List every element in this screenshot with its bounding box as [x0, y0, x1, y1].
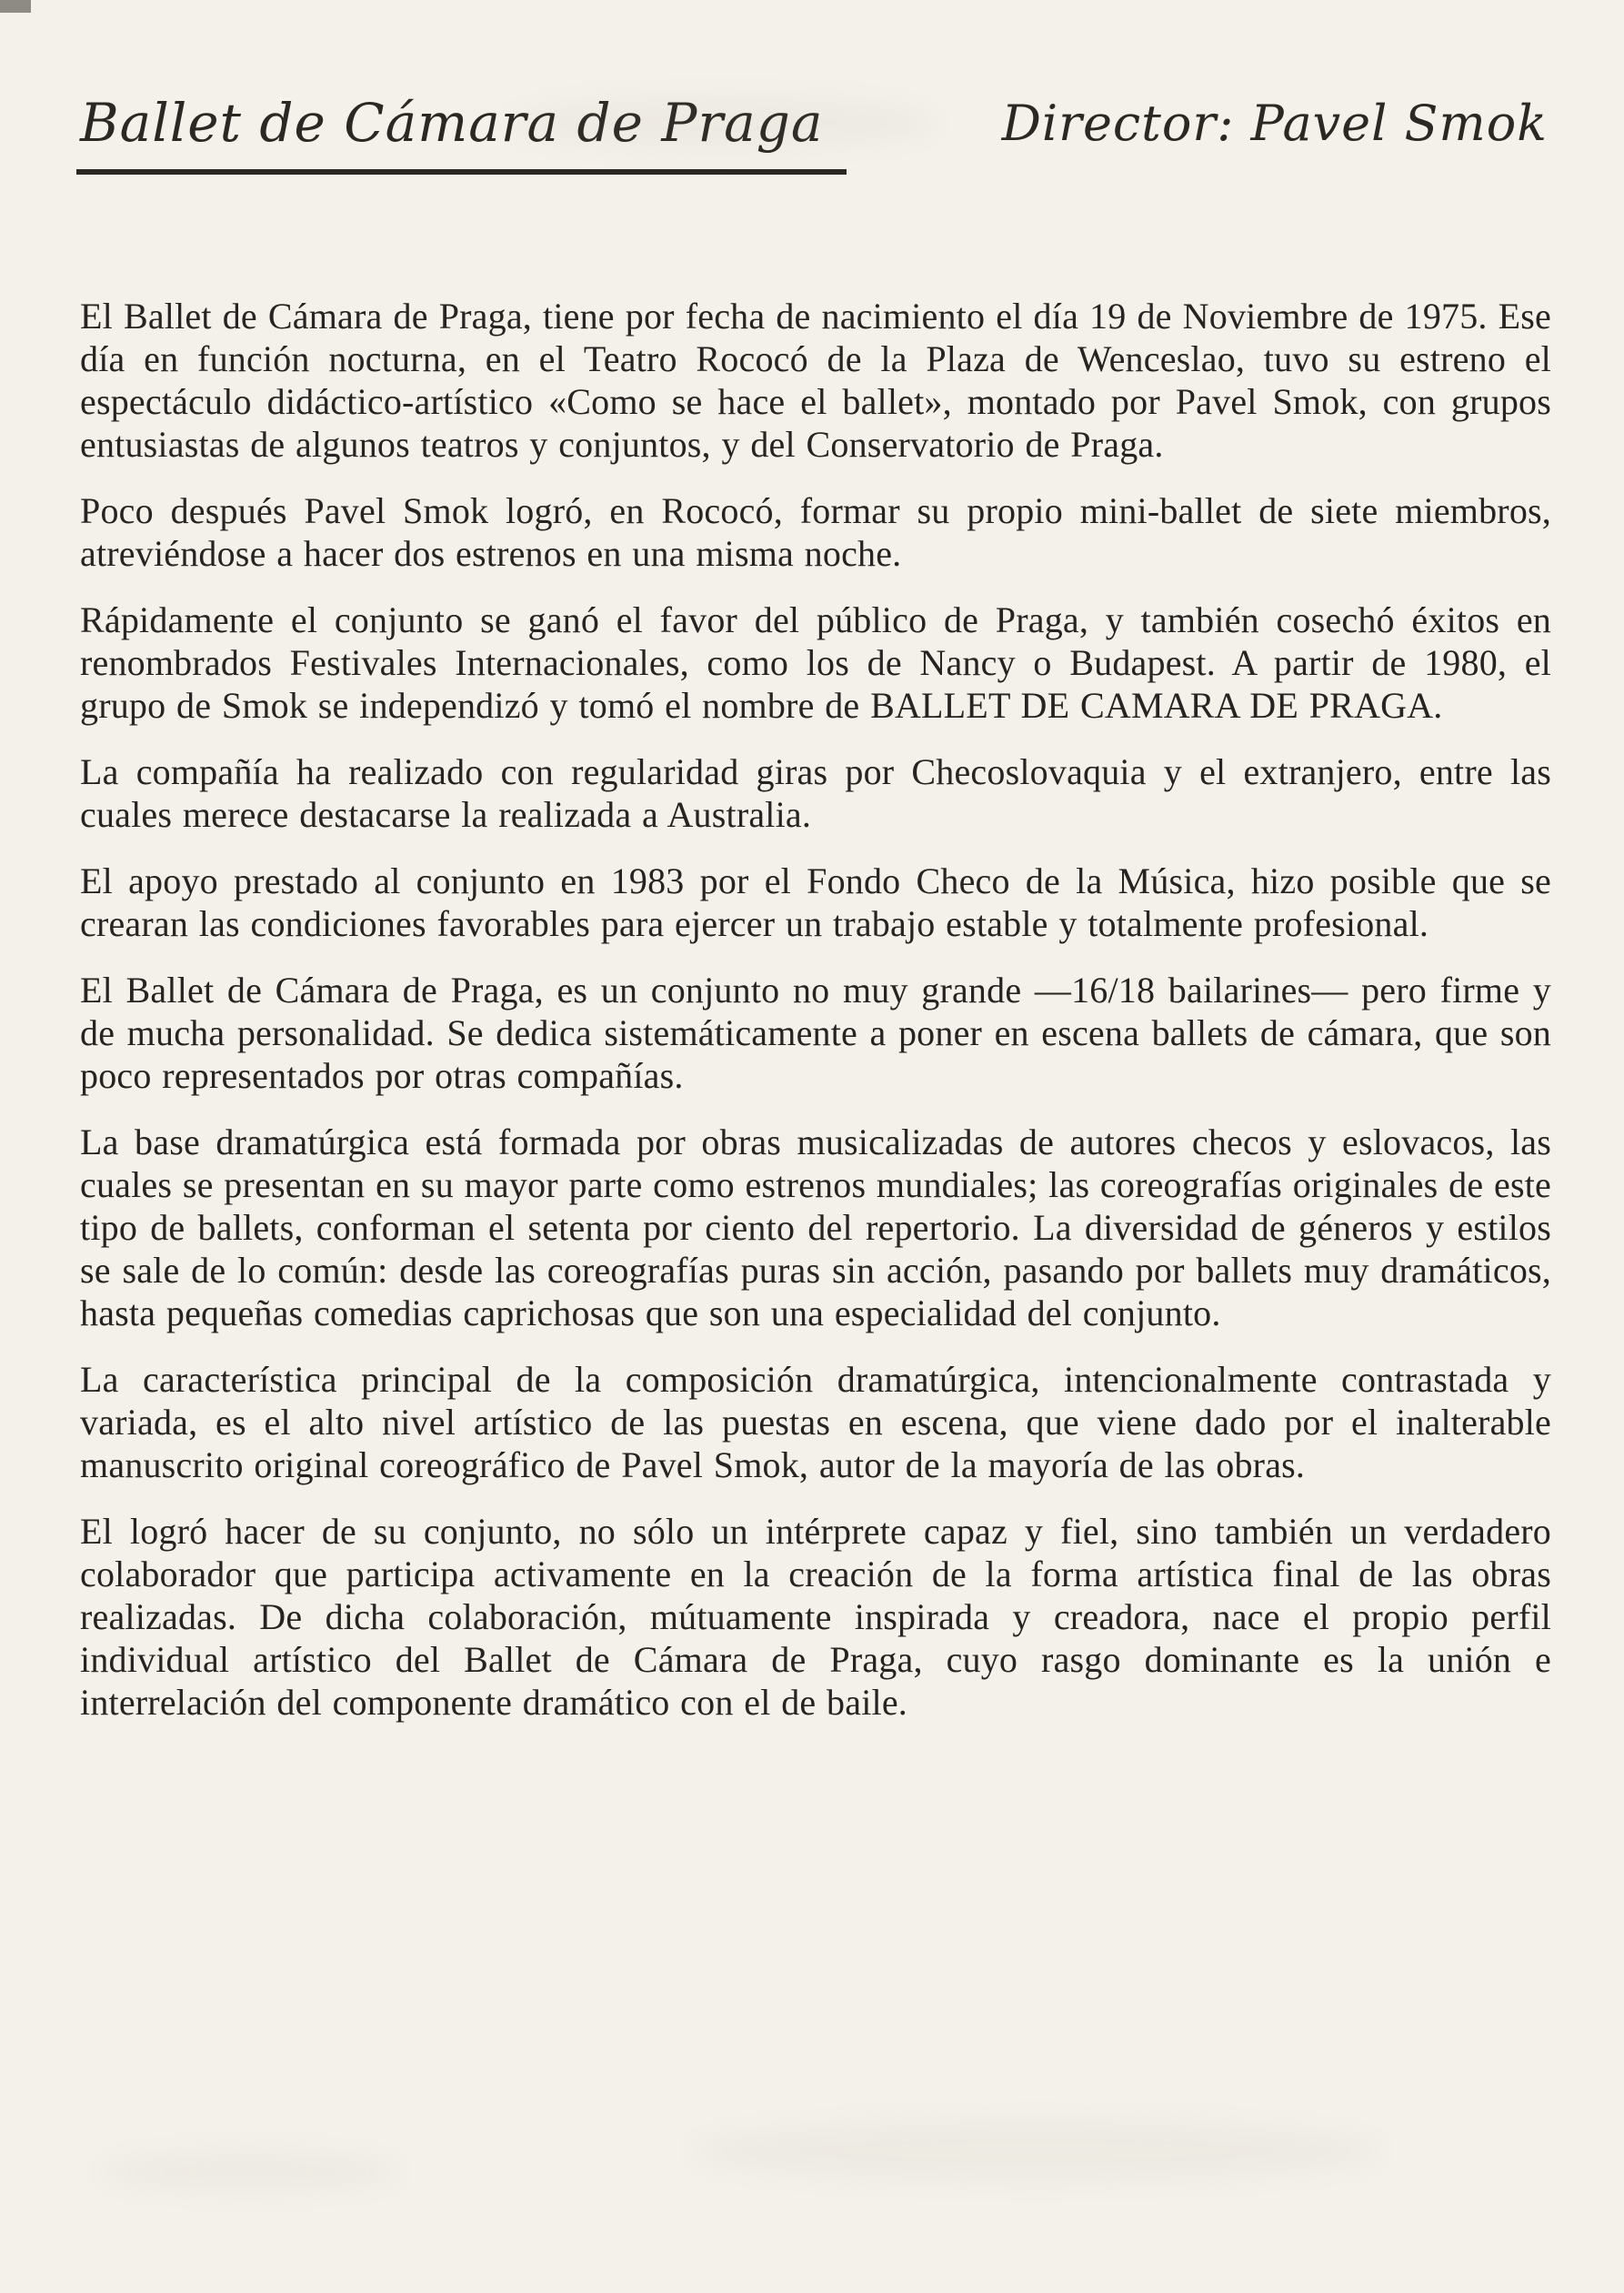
page-header: Ballet de Cámara de Praga Director: Pave… — [0, 0, 1624, 175]
paragraph-collaboration: El logró hacer de su conjunto, no sólo u… — [80, 1510, 1551, 1724]
director-credit: Director: Pavel Smok — [1002, 96, 1548, 174]
paragraph-fondo-checo: El apoyo prestado al conjunto en 1983 po… — [80, 860, 1551, 945]
paragraph-dramaturgy: La característica principal de la compos… — [80, 1358, 1551, 1486]
paragraph-mini-ballet: Poco después Pavel Smok logró, en Rococó… — [80, 489, 1551, 575]
scanned-program-page: Ballet de Cámara de Praga Director: Pave… — [0, 0, 1624, 2293]
body-text: El Ballet de Cámara de Praga, tiene por … — [80, 295, 1551, 1724]
company-title: Ballet de Cámara de Praga — [76, 95, 847, 175]
paragraph-ensemble-size: El Ballet de Cámara de Praga, es un conj… — [80, 969, 1551, 1097]
scan-artifact — [100, 2151, 400, 2192]
paragraph-repertoire: La base dramatúrgica está formada por ob… — [80, 1121, 1551, 1334]
paragraph-founding: El Ballet de Cámara de Praga, tiene por … — [80, 295, 1551, 466]
paragraph-tours: La compañía ha realizado con regularidad… — [80, 750, 1551, 836]
scan-artifact — [691, 2119, 1382, 2183]
paragraph-festivals: Rápidamente el conjunto se ganó el favor… — [80, 598, 1551, 727]
